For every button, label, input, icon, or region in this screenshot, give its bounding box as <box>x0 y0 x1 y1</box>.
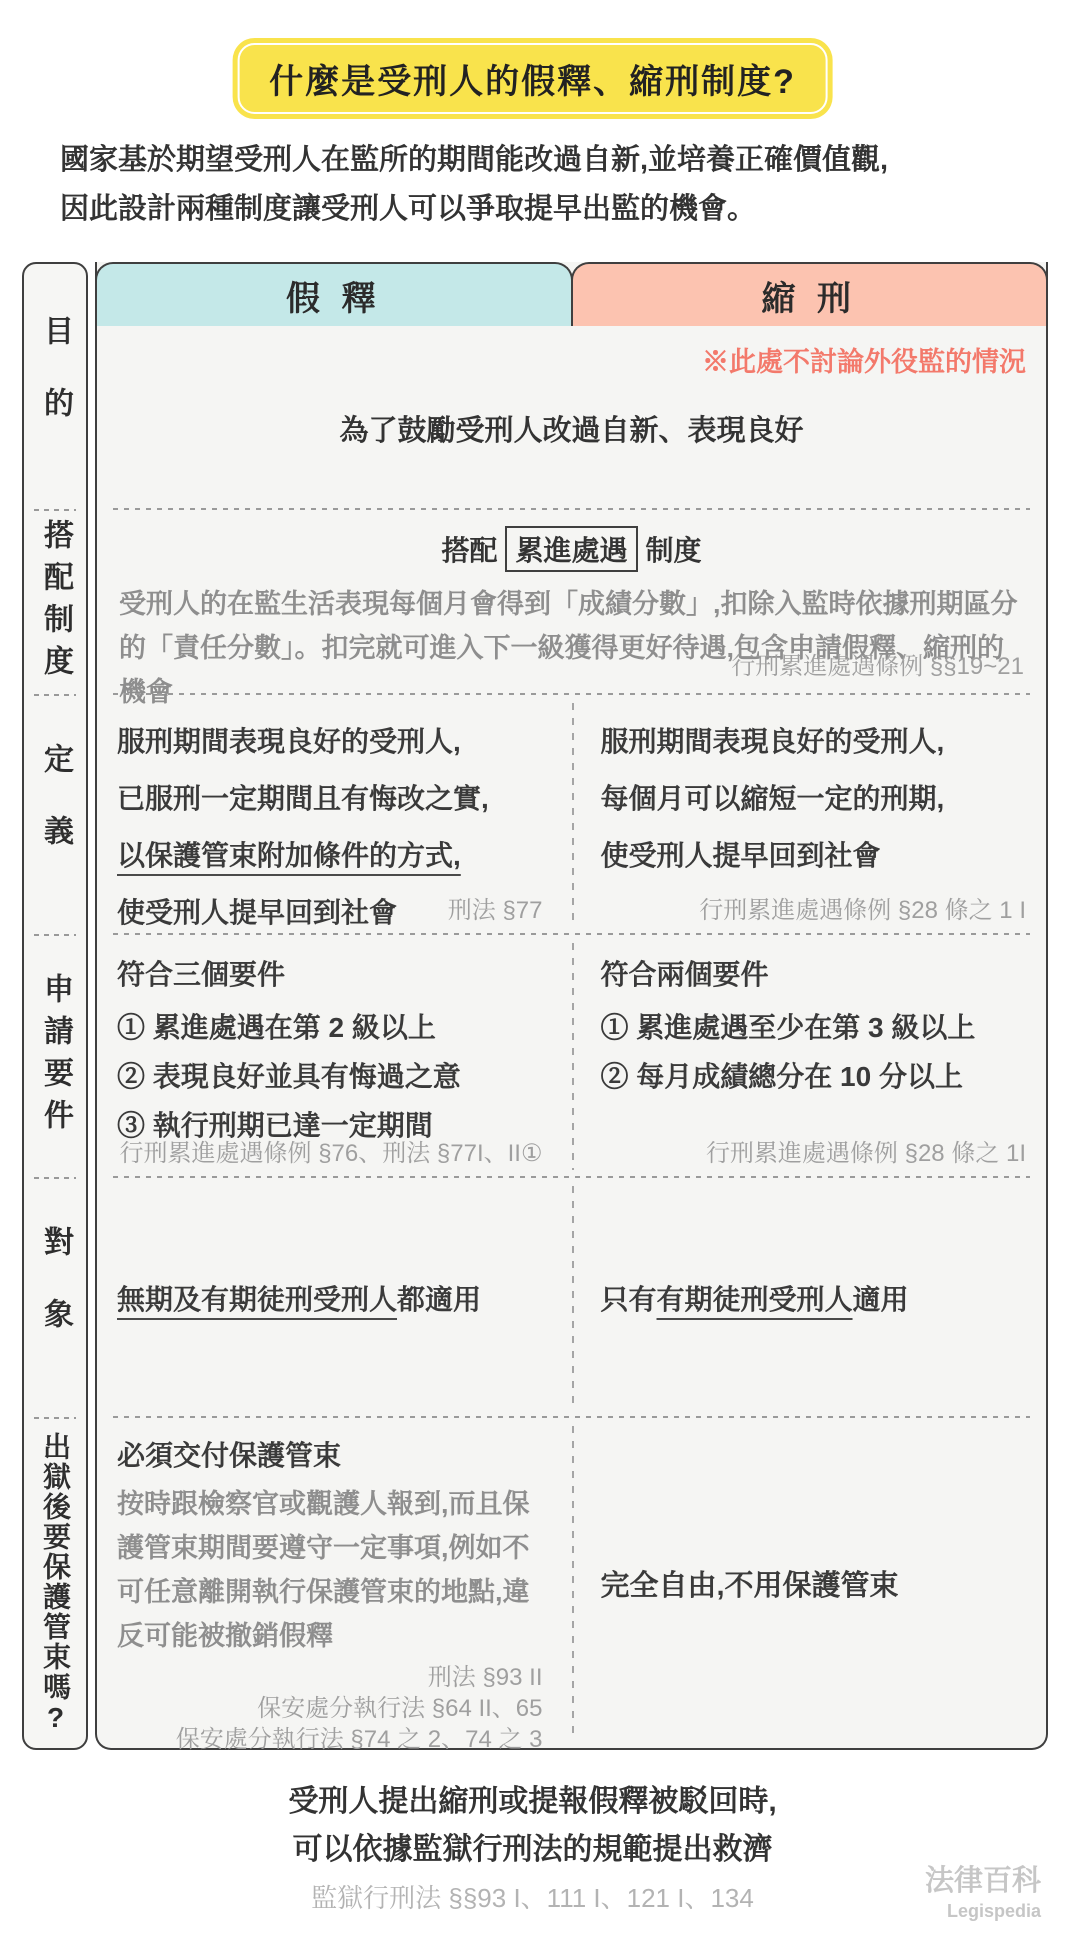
footer-line-1: 受刑人提出縮刑或提報假釋被駁回時, <box>0 1778 1065 1826</box>
probation-parole-heading: 必須交付保護管束 <box>117 1434 543 1474</box>
column-divider <box>572 1426 574 1740</box>
definition-parole-line: 服刑期間表現良好的受刑人, <box>117 713 543 770</box>
row-definition: 服刑期間表現良好的受刑人, 已服刑一定期間且有悔改之實, 以保護管束附加條件的方… <box>97 695 1046 935</box>
brand-watermark: 法律百科 Legispedia <box>925 1858 1041 1922</box>
column-divider <box>572 1186 574 1410</box>
requirements-parole-cell: 符合三個要件 ① 累進處遇在第 2 級以上 ② 表現良好並具有悔過之意 ③ 執行… <box>97 935 563 1178</box>
system-citation: 行刑累進處遇條例 §§19~21 <box>731 646 1024 681</box>
row-requirements: 符合三個要件 ① 累進處遇在第 2 級以上 ② 表現良好並具有悔過之意 ③ 執行… <box>97 935 1046 1178</box>
intro-paragraph: 國家基於期望受刑人在監所的期間能改過自新,並培養正確價值觀, 因此設計兩種制度讓… <box>60 136 1035 234</box>
probation-parole-body: 按時跟檢察官或觀護人報到,而且保護管束期間要遵守一定事項,例如不可任意離開執行保… <box>117 1482 543 1658</box>
system-heading-prefix: 搭配 <box>441 535 497 566</box>
requirements-parole-intro: 符合三個要件 <box>117 953 543 997</box>
probation-parole-citation: 刑法 §93 II <box>117 1662 543 1693</box>
definition-parole-cell: 服刑期間表現良好的受刑人, 已服刑一定期間且有悔改之實, 以保護管束附加條件的方… <box>97 695 563 935</box>
row-probation: 必須交付保護管束 按時跟檢察官或觀護人報到,而且保護管束期間要遵守一定事項,例如… <box>97 1418 1046 1748</box>
definition-commutation-line: 使受刑人提早回到社會 <box>601 827 1027 884</box>
definition-commutation-line: 每個月可以縮短一定的刑期, <box>601 770 1027 827</box>
system-heading: 搭配累進處遇制度 <box>119 526 1024 572</box>
target-parole-cell: 無期及有期徒刑受刑人都適用 <box>97 1178 563 1418</box>
definition-commutation-citation: 行刑累進處遇條例 §28 條之 1 I <box>699 890 1026 925</box>
column-header-parole: 假 釋 <box>95 262 573 326</box>
row-system: 搭配累進處遇制度 受刑人的在監生活表現每個月會得到「成績分數」,扣除入監時依據刑… <box>97 510 1046 695</box>
row-target: 無期及有期徒刑受刑人都適用 只有有期徒刑受刑人適用 <box>97 1178 1046 1418</box>
row-purpose: ※此處不討論外役監的情況 為了鼓勵受刑人改過自新、表現良好 <box>97 326 1046 510</box>
intro-line-2: 因此設計兩種制度讓受刑人可以爭取提早出監的機會。 <box>60 185 1035 234</box>
row-label-system: 搭配制度 <box>24 510 86 695</box>
purpose-text: 為了鼓勵受刑人改過自新、表現良好 <box>97 408 1046 449</box>
definition-parole-line-underlined: 以保護管束附加條件的方式, <box>117 827 543 884</box>
probation-parole-citations: 刑法 §93 II 保安處分執行法 §64 II、65 保安處分執行法 §74 … <box>117 1662 543 1755</box>
requirements-commutation-item: ② 每月成績總分在 10 分以上 <box>601 1052 1027 1101</box>
probation-parole-cell: 必須交付保護管束 按時跟檢察官或觀護人報到,而且保護管束期間要遵守一定事項,例如… <box>97 1418 563 1748</box>
title-badge-inner: 什麼是受刑人的假釋、縮刑制度? <box>237 43 828 114</box>
row-label-probation: 出獄後要保護管束嗎? <box>24 1418 86 1748</box>
watermark-en: Legispedia <box>925 1901 1041 1922</box>
target-commutation-cell: 只有有期徒刑受刑人適用 <box>563 1178 1047 1418</box>
row-label-purpose: 目的 <box>24 264 86 510</box>
requirements-commutation-intro: 符合兩個要件 <box>601 953 1027 997</box>
column-divider <box>572 703 574 927</box>
definition-parole-line: 已服刑一定期間且有悔改之實, <box>117 770 543 827</box>
page-title: 什麼是受刑人的假釋、縮刑制度? <box>269 54 796 103</box>
probation-parole-citation: 保安處分執行法 §64 II、65 <box>117 1693 543 1724</box>
probation-commutation-cell: 完全自由,不用保護管束 <box>563 1418 1047 1748</box>
definition-commutation-cell: 服刑期間表現良好的受刑人, 每個月可以縮短一定的刑期, 使受刑人提早回到社會 行… <box>563 695 1047 935</box>
requirements-parole-item: ② 表現良好並具有悔過之意 <box>117 1052 543 1101</box>
definition-commutation-line: 服刑期間表現良好的受刑人, <box>601 713 1027 770</box>
column-header-commutation: 縮 刑 <box>571 262 1049 326</box>
row-label-column: 目的 搭配制度 定義 申請要件 對象 出獄後要保護管束嗎? <box>22 262 88 1750</box>
boxed-term-progressive-treatment: 累進處遇 <box>505 526 637 572</box>
row-label-target: 對象 <box>24 1178 86 1418</box>
requirements-parole-citation: 行刑累進處遇條例 §76、刑法 §77I、II① <box>120 1133 543 1168</box>
requirements-commutation-cell: 符合兩個要件 ① 累進處遇至少在第 3 級以上 ② 每月成績總分在 10 分以上… <box>563 935 1047 1178</box>
infographic-page: 什麼是受刑人的假釋、縮刑制度? 國家基於期望受刑人在監所的期間能改過自新,並培養… <box>0 0 1065 1933</box>
requirements-commutation-item: ① 累進處遇至少在第 3 級以上 <box>601 1003 1027 1052</box>
column-divider <box>572 943 574 1170</box>
probation-commutation-text: 完全自由,不用保護管束 <box>601 1563 899 1604</box>
row-label-requirements: 申請要件 <box>24 935 86 1178</box>
row-label-definition: 定義 <box>24 695 86 935</box>
table-header: 假 釋 縮 刑 <box>95 262 1048 326</box>
requirements-parole-item: ① 累進處遇在第 2 級以上 <box>117 1003 543 1052</box>
title-badge: 什麼是受刑人的假釋、縮刑制度? <box>232 38 833 119</box>
probation-parole-citation: 保安處分執行法 §74 之 2、74 之 3 <box>117 1724 543 1755</box>
intro-line-1: 國家基於期望受刑人在監所的期間能改過自新,並培養正確價值觀, <box>60 136 1035 185</box>
footer-line-2: 可以依據監獄行刑法的規範提出救濟 <box>0 1826 1065 1874</box>
requirements-commutation-citation: 行刑累進處遇條例 §28 條之 1I <box>706 1133 1026 1168</box>
comparison-table: 假 釋 縮 刑 ※此處不討論外役監的情況 為了鼓勵受刑人改過自新、表現良好 搭配… <box>95 262 1048 1750</box>
definition-parole-citation: 刑法 §77 <box>448 890 543 925</box>
watermark-zh: 法律百科 <box>925 1858 1041 1899</box>
target-commutation-text: 只有有期徒刑受刑人適用 <box>601 1278 909 1318</box>
footer-citation: 監獄行刑法 §§93 I、111 I、121 I、134 <box>0 1878 1065 1915</box>
footer-remedy: 受刑人提出縮刑或提報假釋被駁回時, 可以依據監獄行刑法的規範提出救濟 監獄行刑法… <box>0 1778 1065 1915</box>
exclusion-note: ※此處不討論外役監的情況 <box>702 340 1026 379</box>
system-heading-suffix: 制度 <box>646 535 702 566</box>
target-parole-text: 無期及有期徒刑受刑人都適用 <box>117 1278 481 1318</box>
